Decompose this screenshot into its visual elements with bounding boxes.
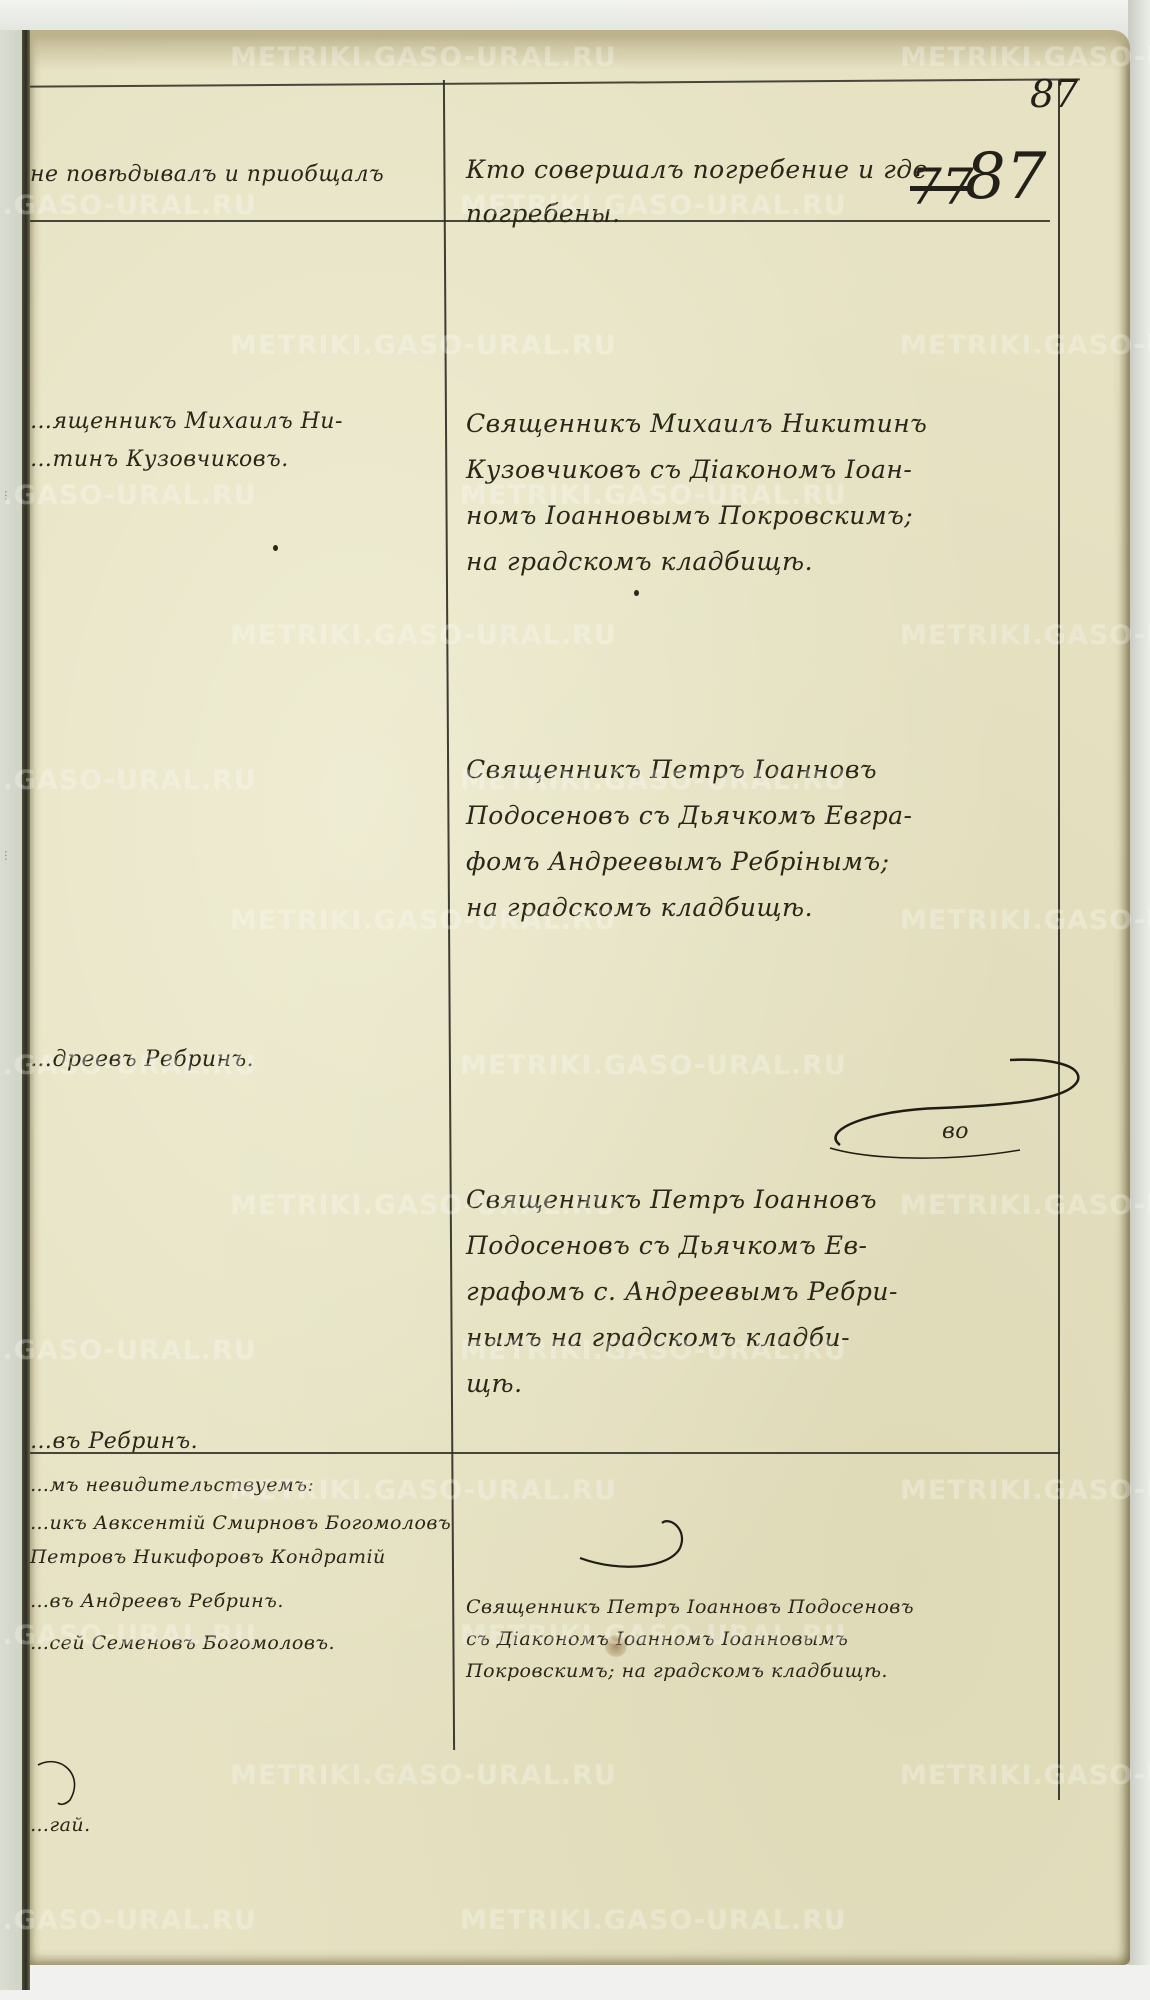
ink-stain	[605, 1635, 627, 1657]
entry-4-left-line: …въ Андреевъ Ребринъ.	[30, 1586, 284, 1617]
book-gutter	[22, 30, 30, 1990]
header-top-rule	[30, 78, 1080, 87]
watermark: METRIKI.GASO-URAL.RU	[900, 1760, 1150, 1791]
entry-3-right-line: щѣ.	[466, 1362, 523, 1406]
entry-3-right-line: нымъ на градскомъ кладби-	[466, 1316, 850, 1360]
entry-4-left-line: …сей Семеновъ Богомоловъ.	[30, 1628, 335, 1659]
previous-page-edge: … …	[0, 30, 24, 1990]
entry-3-annotation: во	[942, 1112, 969, 1152]
watermark: METRIKI.GASO-URAL.RU	[900, 1475, 1150, 1506]
entry-1-right-line: Кузовчиковъ съ Дiакономъ Iоан-	[466, 448, 912, 492]
watermark: METRIKI.GASO-URAL.RU	[900, 330, 1150, 361]
entry-1-left-line: …тинъ Кузовчиковъ.	[30, 440, 289, 480]
watermark: METRIKI.GASO-URAL.RU	[0, 480, 257, 511]
entry-3-right-line: Священникъ Петръ Iоанновъ	[466, 1178, 877, 1222]
watermark: METRIKI.GASO-URAL.RU	[460, 1050, 847, 1081]
watermark: METRIKI.GASO-URAL.RU	[0, 1335, 257, 1366]
entry-2-right-line: Священникъ Петръ Iоанновъ	[466, 748, 877, 792]
entry-2-right-line: фомъ Андреевымъ Ребрiнымъ;	[466, 840, 890, 884]
watermark: METRIKI.GASO-URAL.RU	[900, 905, 1150, 936]
entry-2-right-line: на градскомъ кладбищѣ.	[466, 886, 813, 930]
page-number: 87	[965, 140, 1046, 214]
entry-4-right-line: съ Дiакономъ Iоанномъ Iоанновымъ	[466, 1624, 848, 1655]
page-top-edge	[30, 30, 1130, 70]
entry-3-right-line: Подосеновъ съ Дьячкомъ Ев-	[466, 1224, 867, 1268]
entry-2-right-line: Подосеновъ съ Дьячкомъ Евгра-	[466, 794, 912, 838]
margin-note: …	[2, 850, 15, 861]
entry-1-left-line: …ященникъ Михаилъ Ни-	[30, 402, 343, 442]
header-left-fragment: не повѣдывалъ и приобщалъ	[30, 155, 384, 195]
ink-flourish	[30, 1755, 90, 1815]
watermark: METRIKI.GASO-URAL.RU	[900, 1190, 1150, 1221]
header-right-line1: Кто совершалъ погребение и где	[466, 148, 928, 192]
entry-3-right-line: графомъ с. Андреевымъ Ребри-	[466, 1270, 898, 1314]
entry-4-left-line: …мъ невидительствуемъ:	[30, 1470, 314, 1501]
ink-flourish	[570, 1508, 700, 1578]
header-right-line2: погребены.	[466, 192, 620, 236]
ink-flourish	[810, 1050, 1090, 1170]
corner-folio-number: 87	[1030, 72, 1078, 116]
entry-4-right-line: Покровскимъ; на градскомъ кладбищѣ.	[466, 1656, 888, 1687]
entry-4-left-line: …въ Ребринъ.	[30, 1422, 198, 1462]
ink-dot	[273, 545, 278, 551]
margin-note: …	[2, 490, 15, 501]
watermark: METRIKI.GASO-URAL.RU	[0, 765, 257, 796]
footer-fragment: …гай.	[30, 1810, 91, 1841]
entry-3-left-line: …дреевъ Ребринъ.	[30, 1040, 254, 1080]
scanner-background-right	[1128, 0, 1150, 2000]
watermark: METRIKI.GASO-URAL.RU	[230, 620, 617, 651]
entry-4-left-line: Петровъ Никифоровъ Кондратiй	[30, 1542, 386, 1573]
watermark: METRIKI.GASO-URAL.RU	[460, 1905, 847, 1936]
document-page: 87 77 87 не повѣдывалъ и приобщалъ Кто с…	[30, 30, 1130, 1965]
watermark: METRIKI.GASO-URAL.RU	[900, 620, 1150, 651]
watermark: METRIKI.GASO-URAL.RU	[0, 1905, 257, 1936]
entry-1-right-line: номъ Iоанновымъ Покровскимъ;	[466, 494, 913, 538]
column-divider-middle	[443, 80, 455, 1750]
scanner-background-bottom	[0, 1965, 1150, 2000]
entry-4-left-line: …икъ Авксентiй Смирновъ Богомоловъ	[30, 1508, 451, 1539]
entry-1-right-line: на градскомъ кладбищѣ.	[466, 540, 813, 584]
entry-1-right-line: Священникъ Михаилъ Никитинъ	[466, 402, 927, 446]
entry-4-right-line: Священникъ Петръ Iоанновъ Подосеновъ	[466, 1592, 914, 1623]
column-divider-right	[1058, 80, 1060, 1800]
watermark: METRIKI.GASO-URAL.RU	[230, 330, 617, 361]
ink-dot	[634, 590, 639, 596]
watermark: METRIKI.GASO-URAL.RU	[230, 1760, 617, 1791]
